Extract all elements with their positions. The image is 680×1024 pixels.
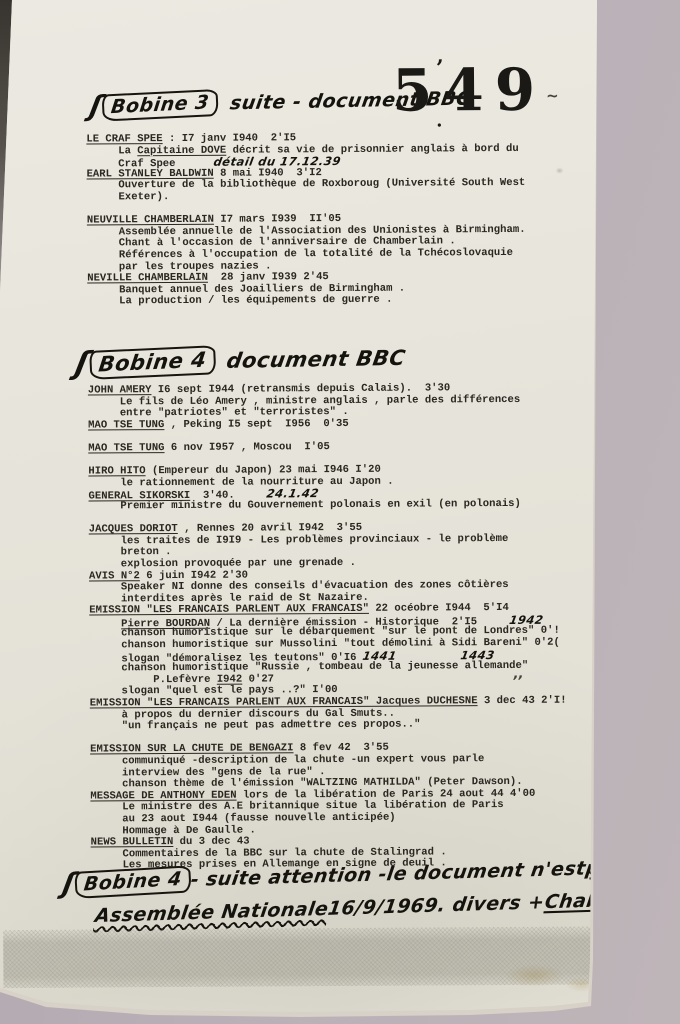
typed-segment: Ouverture de la bibliothèque de Roxborou…	[87, 177, 526, 192]
typed-segment: MAO TSE TUNG	[88, 442, 164, 454]
page-content: ʃBobine 3suite - document BBC 549 ’ · LE…	[0, 0, 680, 1024]
typed-segment: La production / les équipements de guerr…	[87, 294, 392, 308]
typed-block-reel3: LE CRAF SPEE : I7 janv I940 2'I5 La Capi…	[86, 132, 526, 309]
typed-segment: "un français ne peut pas admettre ces pr…	[90, 719, 421, 733]
stray-mark: ~	[546, 87, 559, 105]
typed-segment: JOHN AMERY	[88, 384, 152, 396]
footer-segment: pas BBC	[584, 855, 677, 880]
reel4-box: Bobine 4	[89, 345, 216, 380]
typed-segment: du 3 dec 43	[173, 836, 249, 848]
typed-segment: le rationnement de la nourriture au Japo…	[88, 475, 393, 489]
photo-backdrop: ʃBobine 3suite - document BBC 549 ’ · LE…	[0, 0, 680, 1024]
reel3-box: Bobine 3	[102, 89, 219, 122]
typed-segment: Capitaine DOVE	[137, 144, 226, 157]
reel4-box-footer: Bobine 4	[75, 865, 192, 899]
typed-segment: , Peking I5 sept I956 0'35	[164, 418, 348, 431]
typed-segment: 0'27	[242, 673, 274, 685]
stamp-number: 549	[392, 56, 546, 125]
handwritten-inline-note: 1441	[362, 650, 398, 662]
typed-line: La production / les équipements de guerr…	[87, 294, 526, 308]
typed-segment: MAO TSE TUNG	[88, 419, 164, 431]
typed-segment: LE CRAF SPEE	[86, 133, 162, 145]
reel4-note-text: document BBC	[225, 346, 408, 373]
typed-segment: JACQUES DORIOT	[89, 523, 178, 536]
typed-segment: AVIS N°2	[89, 570, 140, 582]
footer-segment: Chaban	[543, 889, 629, 914]
handwritten-inline-note: 24.1.42	[266, 488, 320, 500]
handwritten-note-reel4: ʃBobine 4document BBC	[75, 341, 406, 381]
reel3-label: Bobine 3	[110, 91, 211, 118]
typed-segment: HIRO HITO	[88, 465, 145, 477]
typed-segment: I942	[217, 673, 243, 685]
typed-block-reel4: JOHN AMERY I6 sept I944 (retransmis depu…	[88, 383, 568, 873]
handwritten-inline-note: 1942	[508, 615, 544, 627]
footer-segment: Assemblée Nationale	[94, 898, 330, 927]
typed-segment: les traites de I9I9 - Les problèmes prov…	[89, 533, 509, 548]
document-page: ʃBobine 3suite - document BBC 549 ’ · LE…	[0, 0, 680, 1024]
page-number-stamp: 549 ’ ·	[392, 61, 546, 120]
stamp-apostrophe-mark: ’	[436, 57, 444, 79]
typed-segment: 6 nov I957 , Moscou I'05	[164, 441, 329, 454]
footer-segment: - suite attention -le document n'est	[190, 858, 588, 891]
typed-segment: chanson humoristique "Russie , tombeau d…	[90, 660, 529, 675]
typed-segment: 3 dec 43 2'I!	[478, 695, 567, 708]
reel4-footer-label: Bobine 4	[83, 868, 183, 896]
typed-segment: 22 océobre I944 5'I4	[369, 602, 509, 615]
stray-mark: ,,	[514, 667, 524, 682]
handwritten-inline-note: 1443	[459, 650, 495, 662]
typed-segment: La	[86, 145, 137, 157]
paper-stain	[559, 974, 603, 994]
typed-segment: breton .	[89, 546, 172, 559]
typed-segment: Exeter).	[87, 191, 170, 204]
reel4-label: Bobine 4	[97, 348, 208, 377]
handwritten-inline-note: détail du 17.12.39	[213, 156, 342, 168]
typed-segment: Références à l'occupation de la totalité…	[87, 247, 513, 262]
typed-segment: EMISSION "LES FRANCAIS PARLENT AUX FRANC…	[89, 603, 369, 617]
footer-segment: 16/9/1969. divers +	[327, 891, 547, 920]
typed-segment: NEWS BULLETIN	[91, 836, 174, 849]
paper-speck	[555, 167, 565, 175]
